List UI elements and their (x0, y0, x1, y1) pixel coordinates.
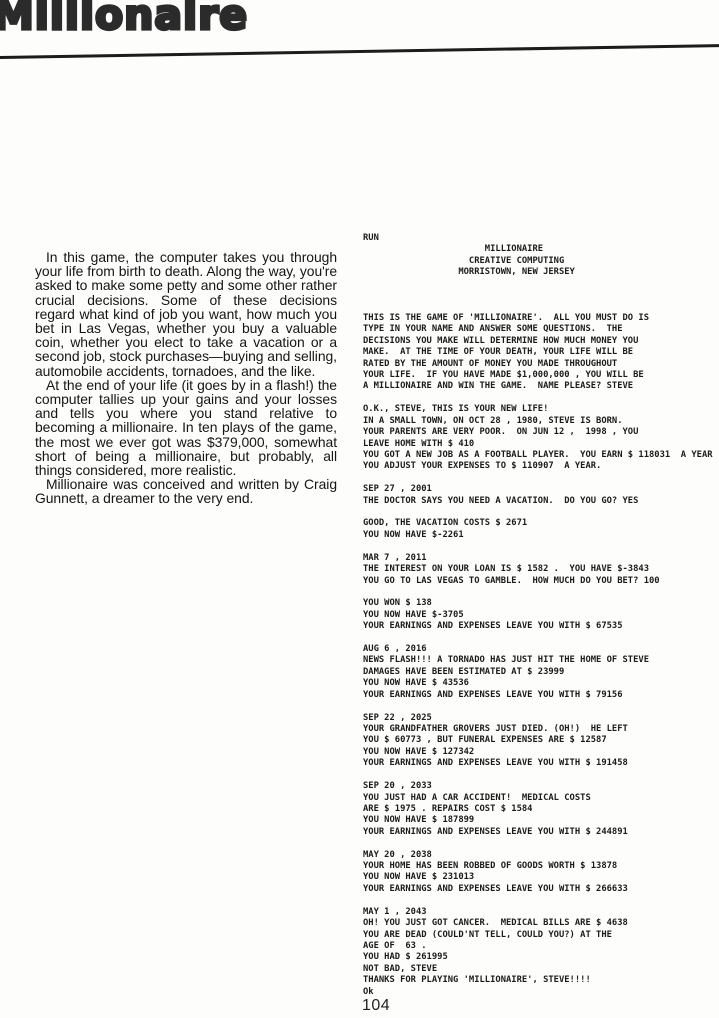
printout-line: YOUR EARNINGS AND EXPENSES LEAVE YOU WIT… (363, 690, 713, 701)
printout-line (363, 473, 713, 484)
printout-line: OH! YOU JUST GOT CANCER. MEDICAL BILLS A… (363, 918, 713, 929)
printout-line: MAR 7 , 2011 (363, 553, 713, 564)
printout-line: O.K., STEVE, THIS IS YOUR NEW LIFE! (363, 404, 713, 415)
article-paragraph: Millionaire was conceived and written by… (35, 477, 337, 505)
printout-line (363, 633, 713, 644)
printout-line: THIS IS THE GAME OF 'MILLIONAIRE'. ALL Y… (363, 313, 713, 324)
printout-line: YOU NOW HAVE $ 187899 (363, 815, 713, 826)
printout-line: YOU NOW HAVE $-2261 (363, 530, 713, 541)
printout-line: NEWS FLASH!!! A TORNADO HAS JUST HIT THE… (363, 655, 713, 666)
printout-line: YOU ADJUST YOUR EXPENSES TO $ 110907 A Y… (363, 461, 713, 472)
printout-line: YOUR EARNINGS AND EXPENSES LEAVE YOU WIT… (363, 827, 713, 838)
printout-line: YOUR LIFE. IF YOU HAVE MADE $1,000,000 ,… (363, 370, 713, 381)
printout-line: YOUR GRANDFATHER GROVERS JUST DIED. (OH!… (363, 724, 713, 735)
article-intro: In this game, the computer takes you thr… (35, 250, 337, 506)
printout-line: NOT BAD, STEVE (363, 964, 713, 975)
printout-line: LEAVE HOME WITH $ 410 (363, 439, 713, 450)
printout-line: THE DOCTOR SAYS YOU NEED A VACATION. DO … (363, 496, 713, 507)
printout-line: AGE OF 63 . (363, 941, 713, 952)
printout-line: AUG 6 , 2016 (363, 644, 713, 655)
printout-line: YOU NOW HAVE $ 127342 (363, 747, 713, 758)
printout-line (363, 587, 713, 598)
printout-line: SEP 20 , 2033 (363, 781, 713, 792)
printout-line (363, 393, 713, 404)
printout-line (363, 302, 713, 313)
printout-line: MAKE. AT THE TIME OF YOUR DEATH, YOUR LI… (363, 347, 713, 358)
printout-line: YOUR EARNINGS AND EXPENSES LEAVE YOU WIT… (363, 884, 713, 895)
printout-line: YOUR EARNINGS AND EXPENSES LEAVE YOU WIT… (363, 621, 713, 632)
printout-line: CREATIVE COMPUTING (363, 256, 713, 267)
printout-line: YOUR PARENTS ARE VERY POOR. ON JUN 12 , … (363, 427, 713, 438)
printout-line: YOU JUST HAD A CAR ACCIDENT! MEDICAL COS… (363, 793, 713, 804)
printout-line: DECISIONS YOU MAKE WILL DETERMINE HOW MU… (363, 336, 713, 347)
page-number: 104 (362, 997, 390, 1015)
printout-line: YOU NOW HAVE $-3705 (363, 610, 713, 621)
printout-line: YOU GO TO LAS VEGAS TO GAMBLE. HOW MUCH … (363, 576, 713, 587)
printout-line: A MILLIONAIRE AND WIN THE GAME. NAME PLE… (363, 381, 713, 392)
printout-line: YOU HAD $ 261995 (363, 952, 713, 963)
printout-line: TYPE IN YOUR NAME AND ANSWER SOME QUESTI… (363, 324, 713, 335)
printout-line: THANKS FOR PLAYING 'MILLIONAIRE', STEVE!… (363, 975, 713, 986)
article-paragraph: At the end of your life (it goes by in a… (35, 378, 337, 477)
page-title: Millionaire (0, 0, 248, 39)
printout-line: MILLIONAIRE (363, 244, 713, 255)
printout-line: SEP 22 , 2025 (363, 713, 713, 724)
article-paragraph: In this game, the computer takes you thr… (35, 250, 337, 378)
printout-line: YOU ARE DEAD (COULD'NT TELL, COULD YOU?)… (363, 930, 713, 941)
printout-line: YOU GOT A NEW JOB AS A FOOTBALL PLAYER. … (363, 450, 713, 461)
scanned-book-page: { "page": { "title": "Millionaire", "pag… (0, 0, 719, 1018)
printout-line: YOU WON $ 138 (363, 598, 713, 609)
printout-line: MAY 20 , 2038 (363, 850, 713, 861)
printout-line: SEP 27 , 2001 (363, 484, 713, 495)
printout-line (363, 701, 713, 712)
printout-line: DAMAGES HAVE BEEN ESTIMATED AT $ 23999 (363, 667, 713, 678)
printout-line: YOUR EARNINGS AND EXPENSES LEAVE YOU WIT… (363, 758, 713, 769)
printout-line: THE INTEREST ON YOUR LOAN IS $ 1582 . YO… (363, 564, 713, 575)
printout-line: MAY 1 , 2043 (363, 907, 713, 918)
printout-line: Ok (363, 987, 713, 998)
program-run-printout: RUN MILLIONAIRE CREATIVE COMPUTING MORRI… (363, 233, 713, 998)
printout-line: ARE $ 1975 . REPAIRS COST $ 1584 (363, 804, 713, 815)
printout-line (363, 838, 713, 849)
printout-line: RUN (363, 233, 713, 244)
printout-line (363, 507, 713, 518)
printout-line: YOU NOW HAVE $ 231013 (363, 872, 713, 883)
printout-line: YOUR HOME HAS BEEN ROBBED OF GOODS WORTH… (363, 861, 713, 872)
printout-line: IN A SMALL TOWN, ON OCT 28 , 1980, STEVE… (363, 416, 713, 427)
printout-line: RATED BY THE AMOUNT OF MONEY YOU MADE TH… (363, 359, 713, 370)
printout-line (363, 895, 713, 906)
printout-line: YOU NOW HAVE $ 43536 (363, 678, 713, 689)
printout-line: MORRISTOWN, NEW JERSEY (363, 267, 713, 278)
printout-line: YOU $ 60773 , BUT FUNERAL EXPENSES ARE $… (363, 735, 713, 746)
printout-line (363, 290, 713, 301)
printout-line (363, 279, 713, 290)
printout-line (363, 541, 713, 552)
title-divider (0, 44, 719, 59)
printout-line: GOOD, THE VACATION COSTS $ 2671 (363, 518, 713, 529)
printout-line (363, 770, 713, 781)
